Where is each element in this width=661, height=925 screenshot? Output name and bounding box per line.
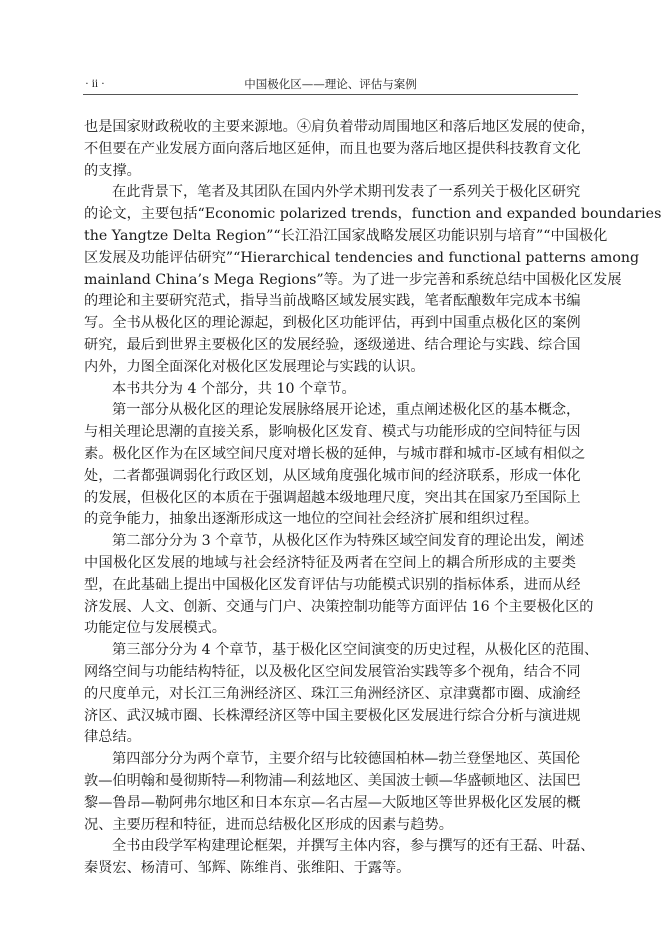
text-line: 律总结。 xyxy=(84,727,576,749)
text-line: 与相关理论思潮的直接关系，影响极化区发育、模式与功能形成的空间特征与因 xyxy=(84,422,576,444)
text-line: 济发展、人文、创新、交通与门户、决策控制功能等方面评估 16 个主要极化区的 xyxy=(84,597,576,619)
book-title: 中国极化区——理论、评估与案例 xyxy=(83,76,578,92)
text-line: 济区、武汉城市圈、长株潭经济区等中国主要极化区发展进行综合分析与演进规 xyxy=(84,706,576,728)
paragraph-part-four: 第四部分分为两个章节，主要介绍与比较德国柏林—勃兰登堡地区、英国伦 敦—伯明翰和… xyxy=(84,749,576,836)
text-line: 敦—伯明翰和曼彻斯特—利物浦—利兹地区、美国波士顿—华盛顿地区、法国巴 xyxy=(84,771,576,793)
paragraph-part-three: 第三部分分为 4 个章节，基于极化区空间演变的历史过程，从极化区的范围、 网络空… xyxy=(84,640,576,749)
text-line: 的支撑。 xyxy=(84,161,576,183)
text-line: 中国极化区发展的地域与社会经济特征及两者在空间上的耦合所形成的主要类 xyxy=(84,553,576,575)
text-line: 的论文，主要包括“Economic polarized trends，funct… xyxy=(84,204,576,226)
text-line: 秦贤宏、杨清可、邹辉、陈维肖、张维阳、于露等。 xyxy=(84,858,576,880)
text-line: 也是国家财政税收的主要来源地。④肩负着带动周围地区和落后地区发展的使命， xyxy=(84,117,576,139)
text-line: the Yangtze Delta Region”“长江沿江国家战略发展区功能识… xyxy=(84,226,576,248)
text-line: 区发展及功能评估研究”“Hierarchical tendencies and … xyxy=(84,248,576,270)
text-line: 不但要在产业发展方面向落后地区延伸，而且也要为落后地区提供科技教育文化 xyxy=(84,139,576,161)
paragraph-structure-summary: 本书共分为 4 个部分，共 10 个章节。 xyxy=(84,379,576,401)
text-line: 网络空间与功能结构特征，以及极化区空间发展管治实践等多个视角，结合不同 xyxy=(84,662,576,684)
body-text: 也是国家财政税收的主要来源地。④肩负着带动周围地区和落后地区发展的使命， 不但要… xyxy=(84,117,576,880)
text-line: 黎—鲁昂—勒阿弗尔地区和日本东京—名古屋—大阪地区等世界极化区发展的概 xyxy=(84,793,576,815)
text-line: 的尺度单元，对长江三角洲经济区、珠江三角洲经济区、京津冀都市圈、成渝经 xyxy=(84,684,576,706)
text-line: 型，在此基础上提出中国极化区发育评估与功能模式识别的指标体系，进而从经 xyxy=(84,575,576,597)
text-line: 的发展，但极化区的本质在于强调超越本级地理尺度，突出其在国家乃至国际上 xyxy=(84,488,576,510)
text-line: 第三部分分为 4 个章节，基于极化区空间演变的历史过程，从极化区的范围、 xyxy=(84,640,576,662)
paragraph-part-one: 第一部分从极化区的理论发展脉络展开论述，重点阐述极化区的基本概念， 与相关理论思… xyxy=(84,400,576,531)
text-line: 功能定位与发展模式。 xyxy=(84,618,576,640)
text-line: 第一部分从极化区的理论发展脉络展开论述，重点阐述极化区的基本概念， xyxy=(84,400,576,422)
text-line: 处，二者都强调弱化行政区划，从区域角度强化城市间的经济联系，形成一体化 xyxy=(84,466,576,488)
text-line: 的理论和主要研究范式，指导当前战略区域发展实践，笔者酝酿数年完成本书编 xyxy=(84,291,576,313)
text-line: 研究，最后到世界主要极化区的发展经验，逐级递进、结合理论与实践、综合国 xyxy=(84,335,576,357)
text-line: 素。极化区作为在区域空间尺度对增长极的延伸，与城市群和城市-区域有相似之 xyxy=(84,444,576,466)
text-line: 在此背景下，笔者及其团队在国内外学术期刊发表了一系列关于极化区研究 xyxy=(84,182,576,204)
paragraph-background: 在此背景下，笔者及其团队在国内外学术期刊发表了一系列关于极化区研究 的论文，主要… xyxy=(84,182,576,378)
paragraph-continuation: 也是国家财政税收的主要来源地。④肩负着带动周围地区和落后地区发展的使命， 不但要… xyxy=(84,117,576,182)
paragraph-authors: 全书由段学军构建理论框架，并撰写主体内容，参与撰写的还有王磊、叶磊、 秦贤宏、杨… xyxy=(84,836,576,880)
text-line: 第四部分分为两个章节，主要介绍与比较德国柏林—勃兰登堡地区、英国伦 xyxy=(84,749,576,771)
text-line: 写。全书从极化区的理论源起，到极化区功能评估，再到中国重点极化区的案例 xyxy=(84,313,576,335)
book-page: · ii · 中国极化区——理论、评估与案例 也是国家财政税收的主要来源地。④肩… xyxy=(0,0,661,925)
text-line: 内外，力图全面深化对极化区发展理论与实践的认识。 xyxy=(84,357,576,379)
text-line: mainland China’s Mega Regions”等。为了进一步完善和… xyxy=(84,270,576,292)
text-line: 全书由段学军构建理论框架，并撰写主体内容，参与撰写的还有王磊、叶磊、 xyxy=(84,836,576,858)
running-header: · ii · 中国极化区——理论、评估与案例 xyxy=(83,76,578,95)
text-line: 本书共分为 4 个部分，共 10 个章节。 xyxy=(84,379,576,401)
text-line: 况、主要历程和特征，进而总结极化区形成的因素与趋势。 xyxy=(84,815,576,837)
paragraph-part-two: 第二部分分为 3 个章节，从极化区作为特殊区域空间发育的理论出发，阐述 中国极化… xyxy=(84,531,576,640)
text-line: 的竞争能力，抽象出逐渐形成这一地位的空间社会经济扩展和组织过程。 xyxy=(84,509,576,531)
text-line: 第二部分分为 3 个章节，从极化区作为特殊区域空间发育的理论出发，阐述 xyxy=(84,531,576,553)
